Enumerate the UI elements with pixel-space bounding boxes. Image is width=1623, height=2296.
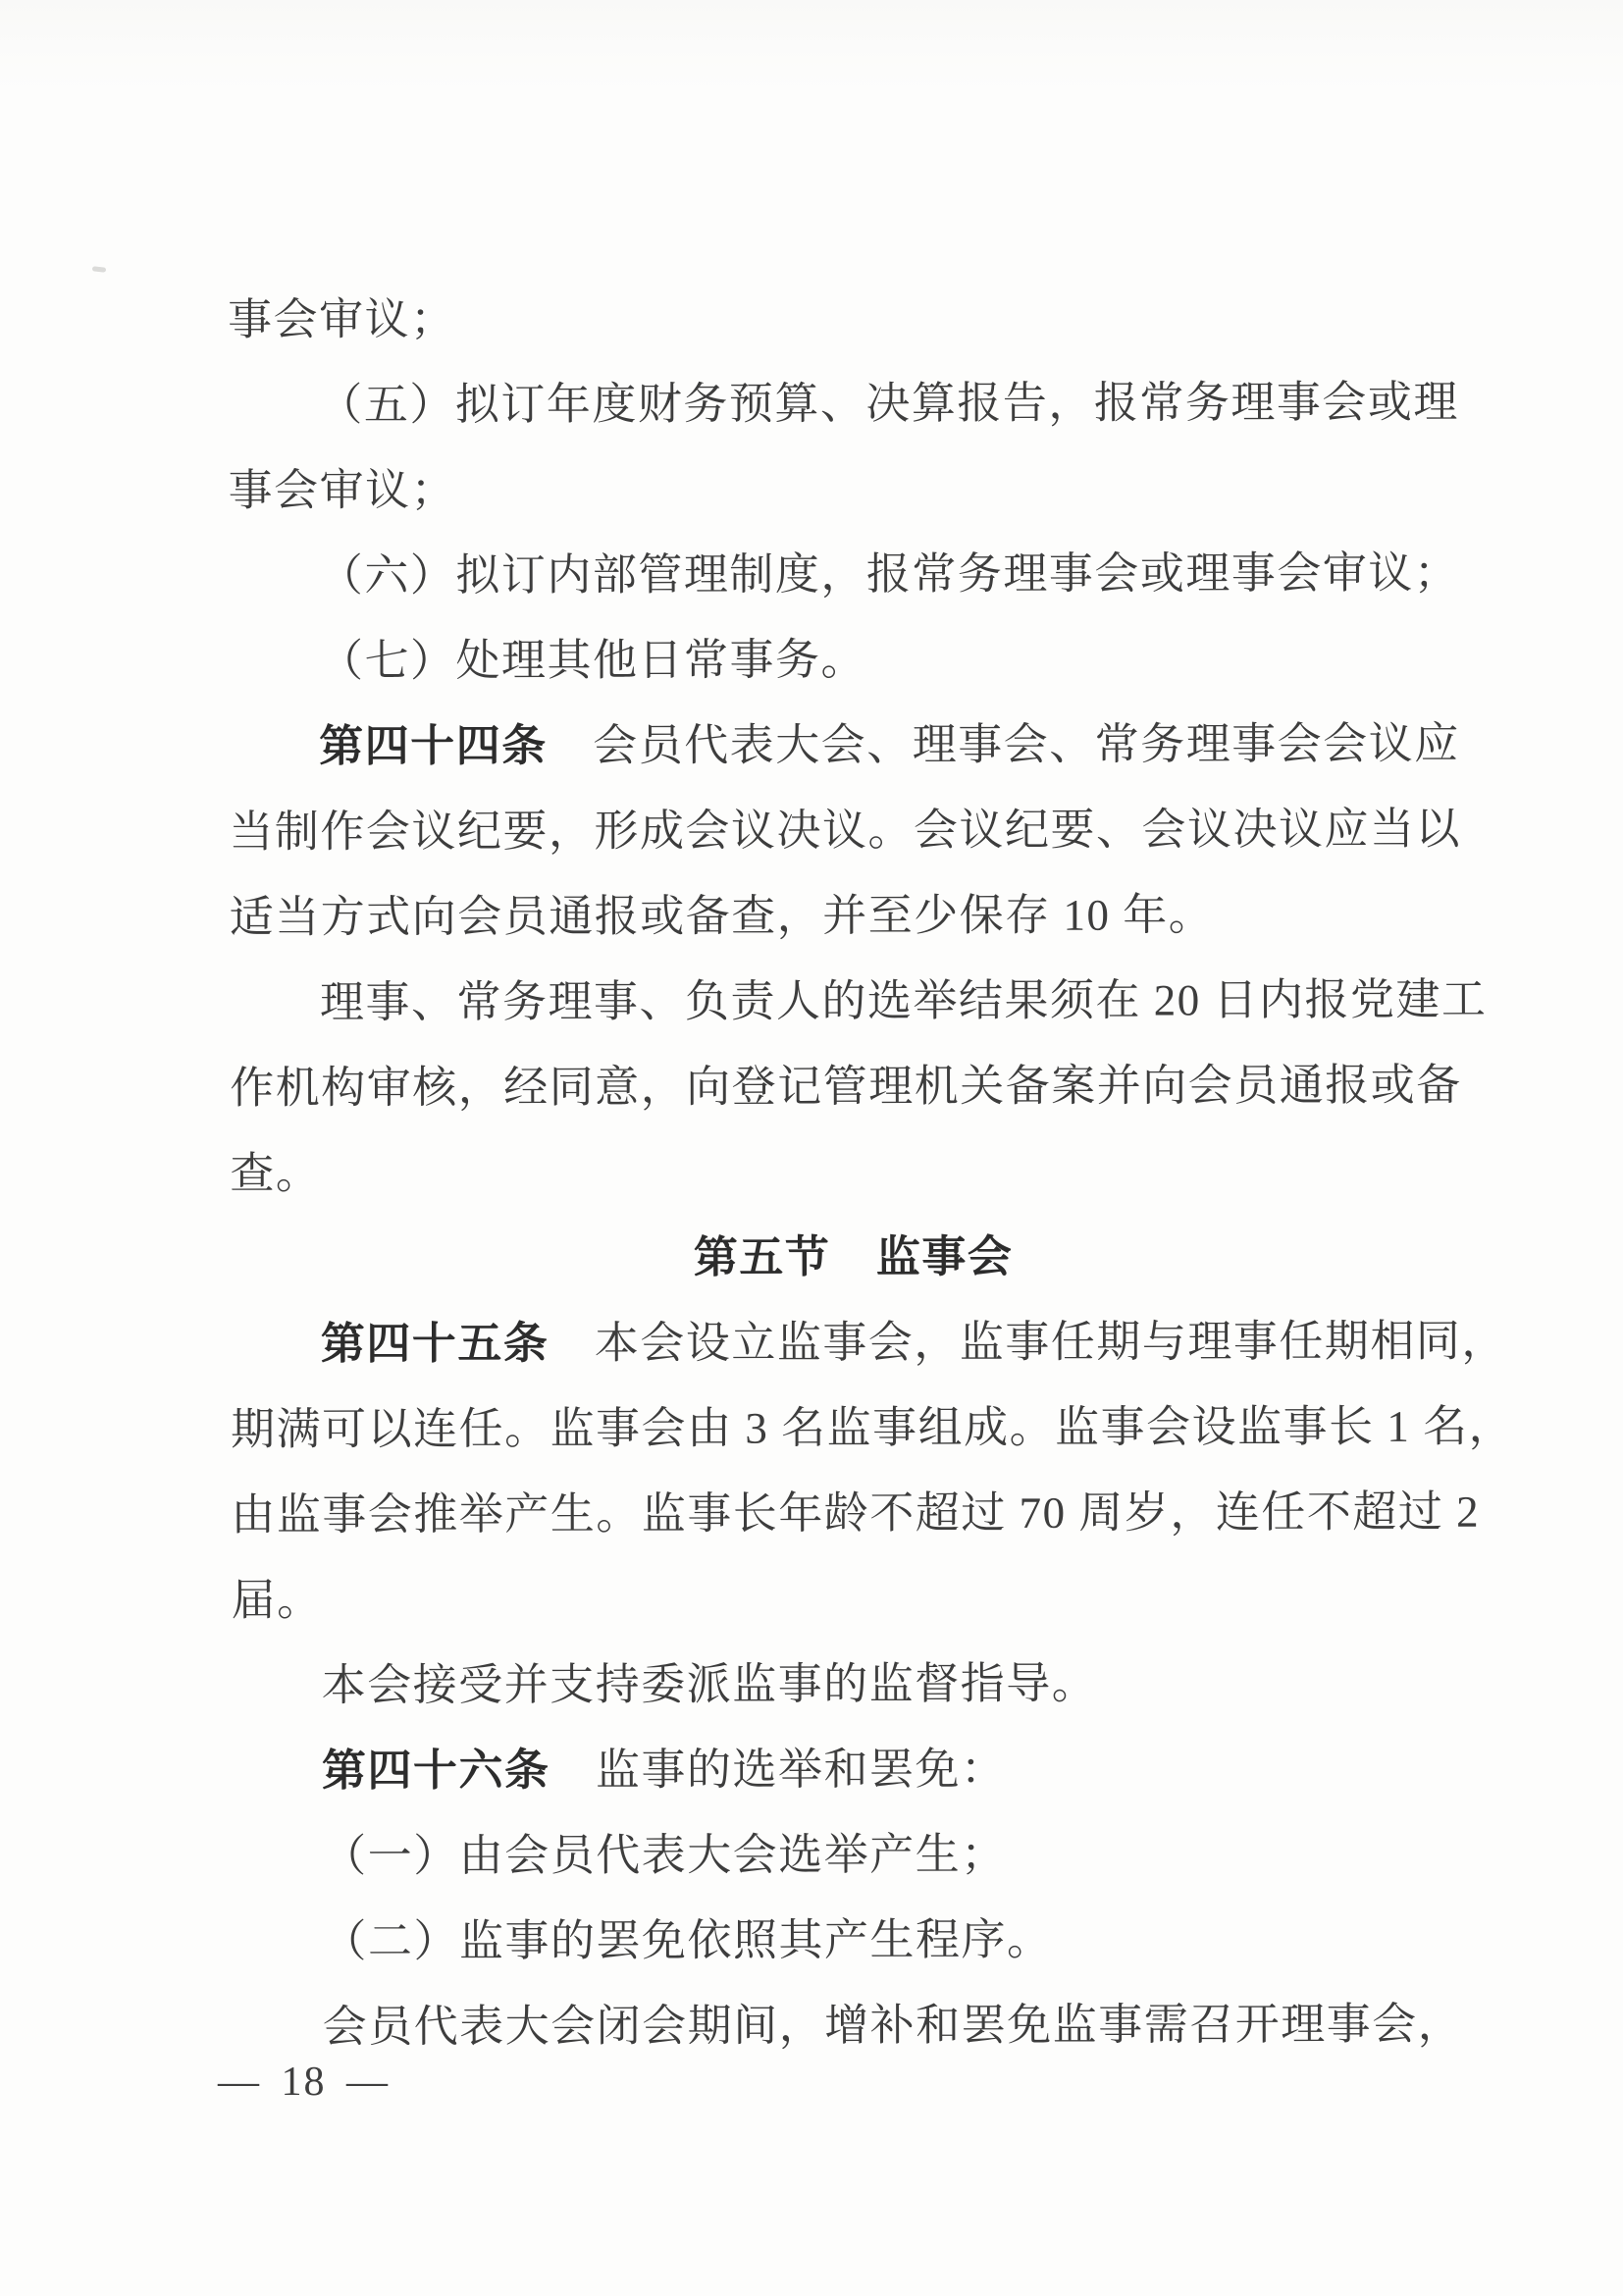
text-line-article-46: 第四十六条 监事的选举和罢免： (232, 1726, 1478, 1814)
text-line: （六）拟订内部管理制度，报常务理事会或理事会审议； (229, 531, 1475, 619)
text-line: （五）拟订年度财务预算、决算报告，报常务理事会或理 (228, 360, 1474, 448)
text-line: （二）监事的罢免依照其产生程序。 (232, 1897, 1478, 1985)
section-heading: 第五节 监事会 (231, 1214, 1477, 1302)
text-line: 由监事会推举产生。监事长年龄不超过 70 周岁，连任不超过 2 (231, 1470, 1477, 1558)
article-number: 第四十四条 (319, 721, 548, 771)
page-number: — 18 — (218, 2053, 390, 2112)
text-line: 适当方式向会员通报或备查，并至少保存 10 年。 (230, 872, 1476, 961)
document-page: 事会审议； （五）拟订年度财务预算、决算报告，报常务理事会或理 事会审议； （六… (0, 0, 1623, 2296)
line-text: 会员代表大会、理事会、常务理事会会议应 (548, 719, 1460, 770)
text-line-article-45: 第四十五条 本会设立监事会，监事任期与理事任期相同， (231, 1299, 1477, 1387)
scan-artifact (92, 266, 106, 272)
document-body: 事会审议； （五）拟订年度财务预算、决算报告，报常务理事会或理 事会审议； （六… (228, 275, 1479, 2070)
line-text: 本会设立监事会，监事任期与理事任期相同， (549, 1317, 1507, 1369)
text-line: 事会审议； (228, 445, 1474, 534)
text-line: 查。 (230, 1128, 1476, 1217)
text-line: 届。 (231, 1555, 1477, 1644)
article-number: 第四十五条 (321, 1319, 550, 1369)
text-line: （七）处理其他日常事务。 (229, 616, 1475, 704)
text-line: （一）由会员代表大会选举产生； (232, 1811, 1478, 1900)
text-line-article-44: 第四十四条 会员代表大会、理事会、常务理事会会议应 (229, 702, 1475, 790)
text-line: 事会审议； (228, 275, 1474, 363)
text-line: 作机构审核，经同意，向登记管理机关备案并向会员通报或备 (230, 1043, 1476, 1131)
text-line: 期满可以连任。监事会由 3 名监事组成。监事会设监事长 1 名， (231, 1384, 1477, 1473)
text-line: 本会接受并支持委派监事的监督指导。 (232, 1641, 1478, 1729)
text-line: 理事、常务理事、负责人的选举结果须在 20 日内报党建工 (230, 958, 1476, 1046)
text-line: 当制作会议纪要，形成会议决议。会议纪要、会议决议应当以 (229, 787, 1475, 875)
line-text: 监事的选举和罢免： (550, 1745, 1006, 1795)
article-number: 第四十六条 (322, 1746, 550, 1796)
text-line: 会员代表大会闭会期间，增补和罢免监事需召开理事会， (233, 1982, 1479, 2070)
